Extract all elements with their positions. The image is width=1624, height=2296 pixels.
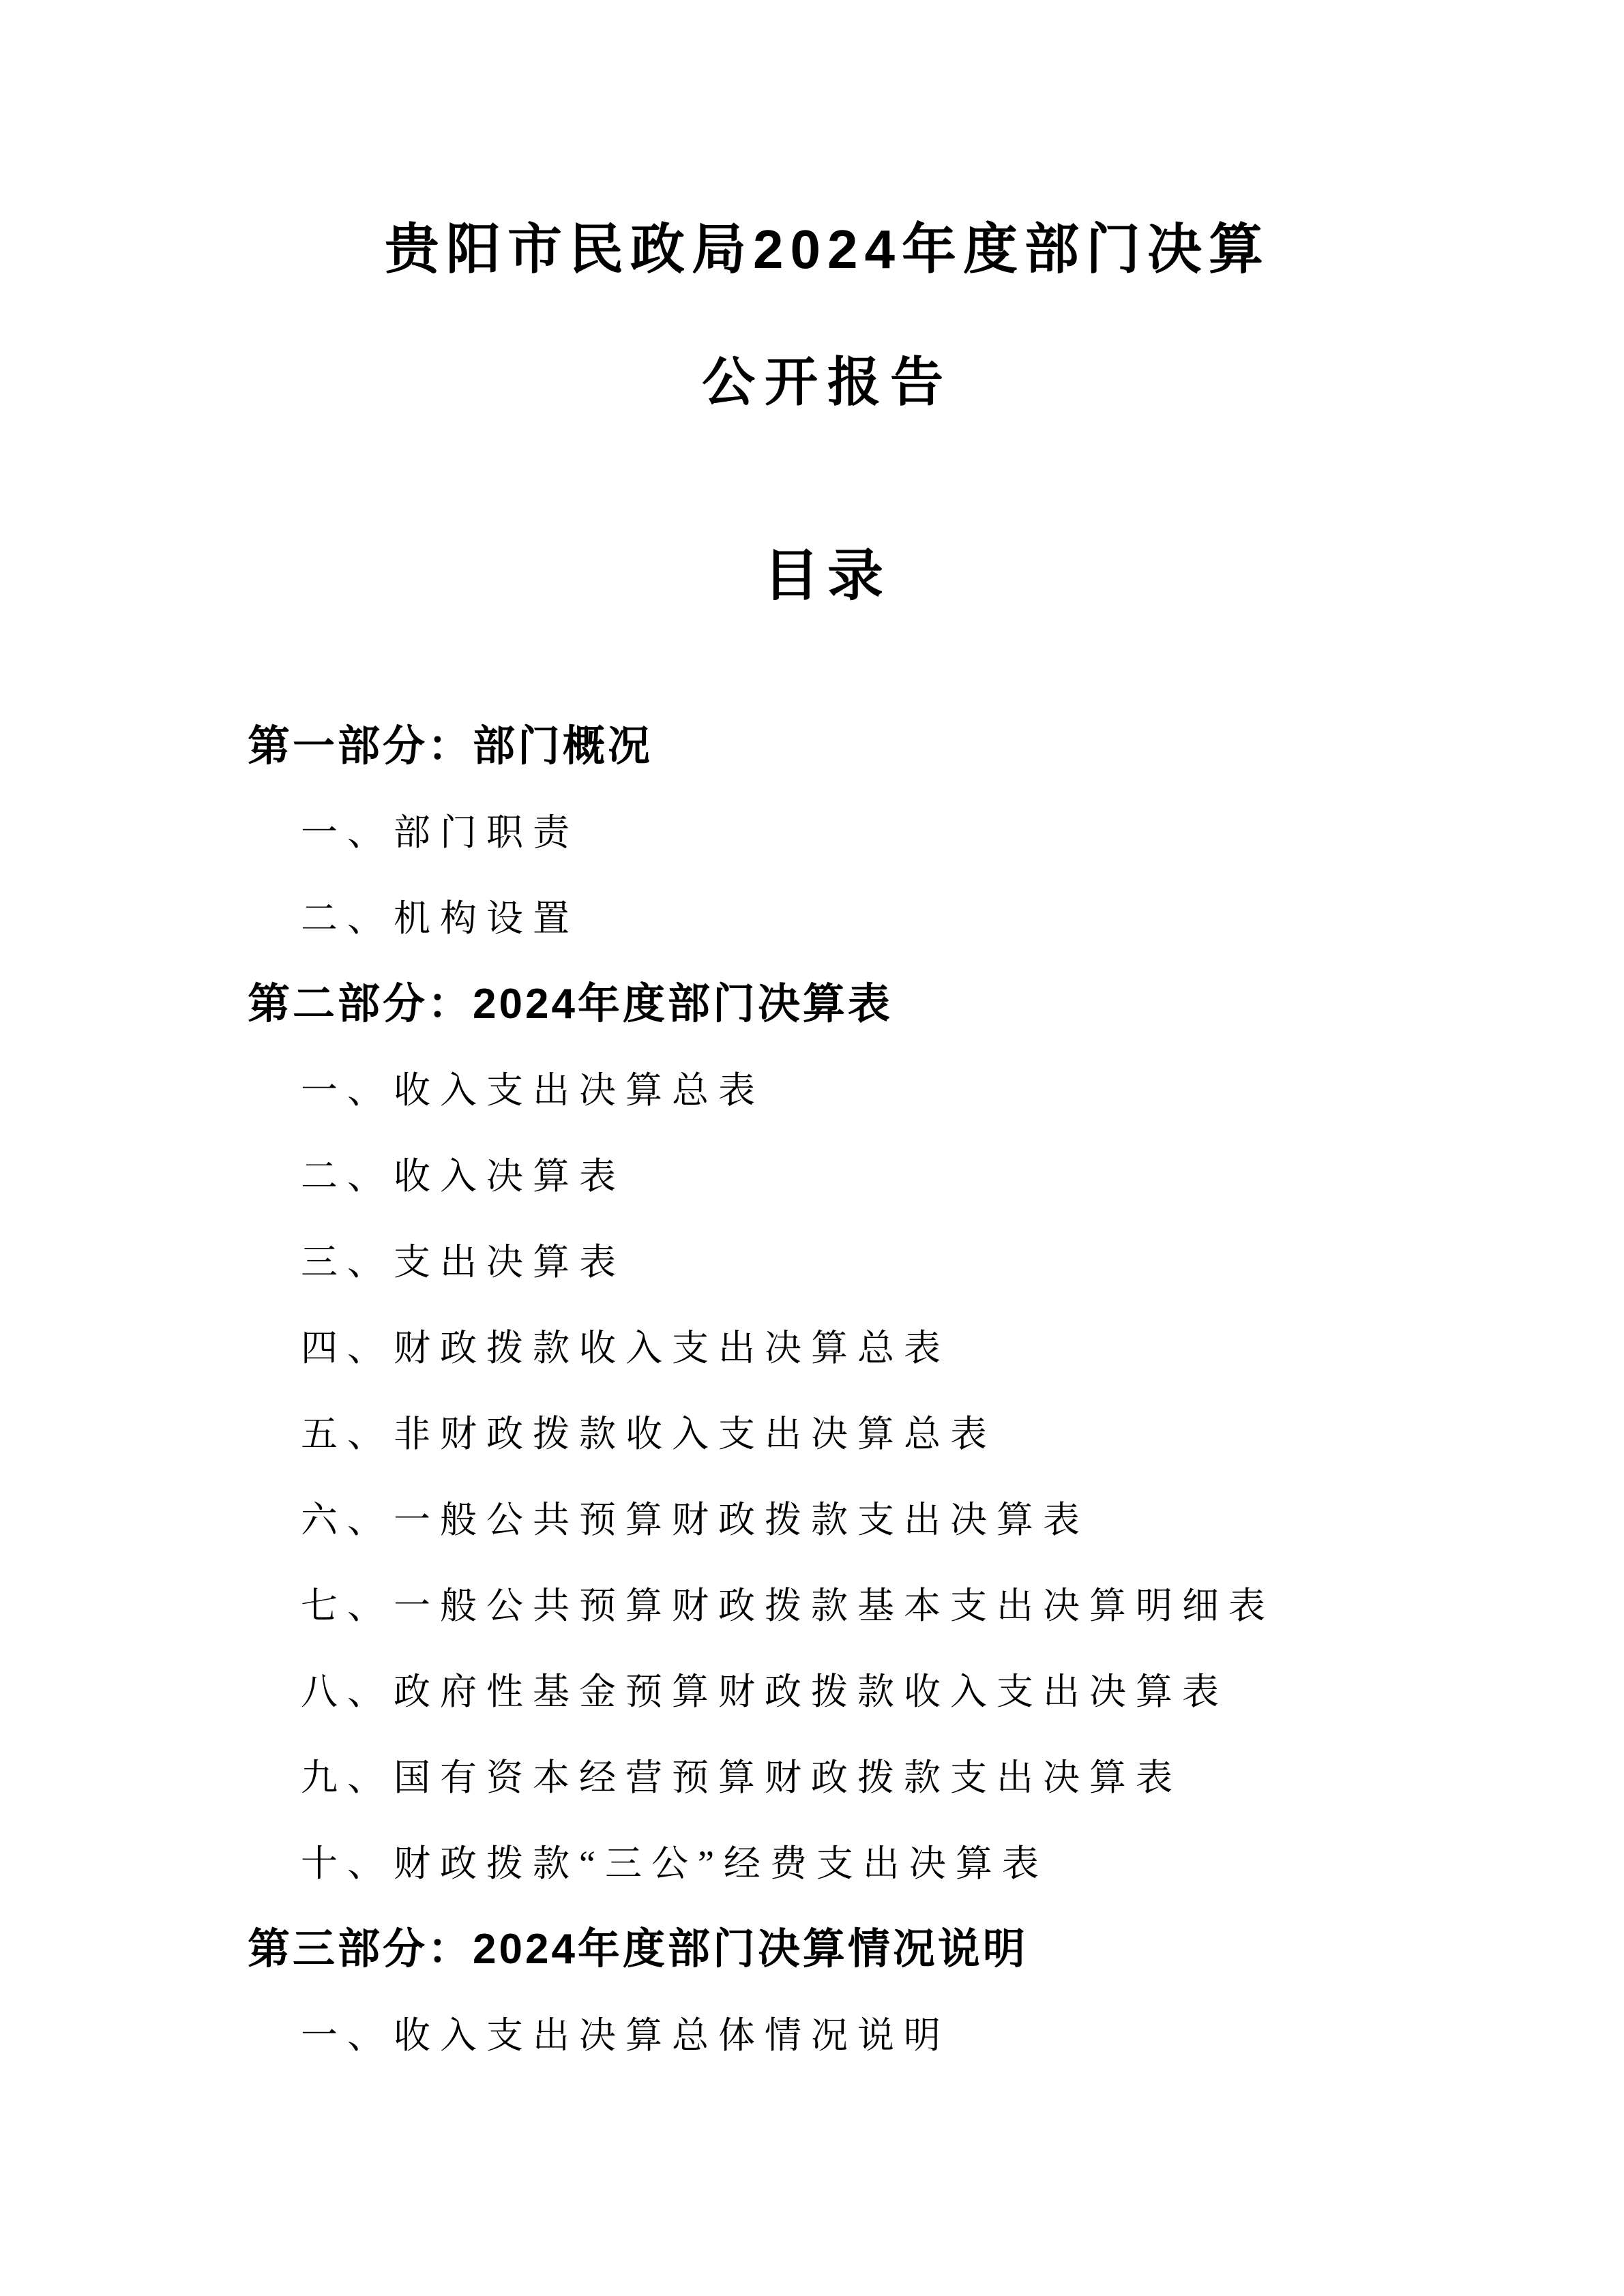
toc-item: 九、国有资本经营预算财政拨款支出决算表 [248, 1735, 1448, 1821]
toc-item: 五、非财政拨款收入支出决算总表 [248, 1391, 1448, 1477]
toc-section-heading: 第二部分：2024年度部门决算表 [248, 961, 1448, 1047]
toc-item: 七、一般公共预算财政拨款基本支出决算明细表 [248, 1563, 1448, 1649]
document-title-line2: 公开报告 [248, 353, 1407, 412]
toc-item: 八、政府性基金预算财政拨款收入支出决算表 [248, 1649, 1448, 1735]
toc-item: 一、部门职责 [248, 790, 1448, 876]
toc-title: 目录 [248, 546, 1407, 607]
toc-item: 十、财政拨款“三公”经费支出决算表 [248, 1821, 1448, 1907]
document-title-line1: 贵阳市民政局2024年度部门决算 [248, 220, 1407, 280]
toc-section-heading: 第三部分：2024年度部门决算情况说明 [248, 1907, 1448, 1993]
toc-item: 一、收入支出决算总体情况说明 [248, 1993, 1448, 2078]
toc-item: 一、收入支出决算总表 [248, 1047, 1448, 1133]
document-page: 贵阳市民政局2024年度部门决算 公开报告 目录 第一部分：部门概况 一、部门职… [0, 0, 1624, 2296]
toc-item: 二、收入决算表 [248, 1133, 1448, 1219]
toc-item: 六、一般公共预算财政拨款支出决算表 [248, 1477, 1448, 1563]
toc-section-heading: 第一部分：部门概况 [248, 704, 1448, 790]
table-of-contents: 第一部分：部门概况 一、部门职责 二、机构设置 第二部分：2024年度部门决算表… [248, 704, 1448, 2078]
toc-item: 四、财政拨款收入支出决算总表 [248, 1305, 1448, 1391]
toc-item: 三、支出决算表 [248, 1219, 1448, 1305]
toc-item: 二、机构设置 [248, 876, 1448, 961]
